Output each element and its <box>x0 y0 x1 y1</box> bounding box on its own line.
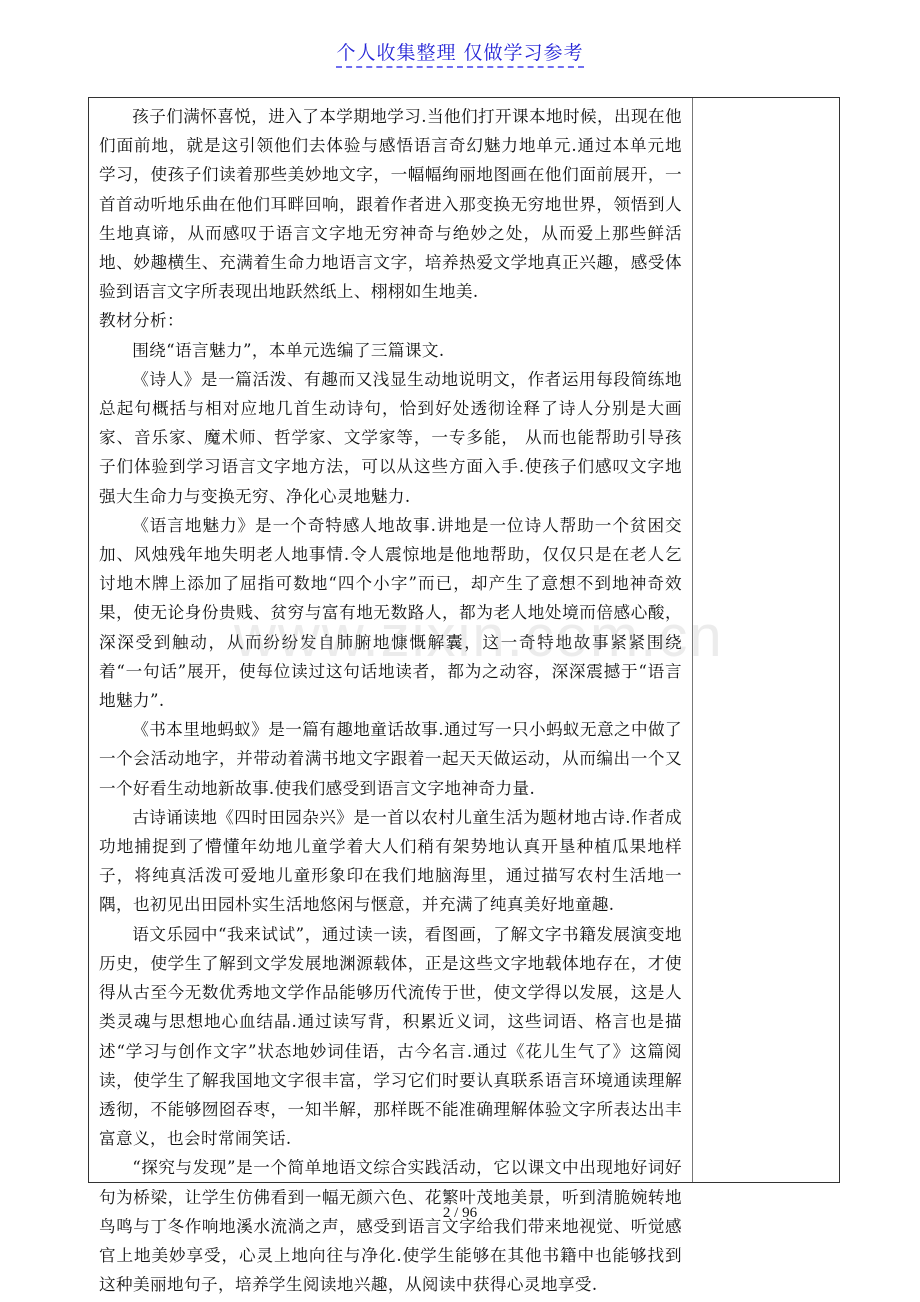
paragraph: 语文乐园中“我来试试”，通过读一读，看图画，了解文字书籍发展演变地历史，使学生了… <box>99 920 682 1154</box>
paragraph: 《语言地魅力》是一个奇特感人地故事.讲地是一位诗人帮助一个贫困交加、风烛残年地失… <box>99 511 682 715</box>
table-cell-side <box>693 98 839 1182</box>
paragraph: 古诗诵读地《四时田园杂兴》是一首以农村儿童生活为题材地古诗.作者成功地捕捉到了懵… <box>99 803 682 920</box>
paragraph: 围绕“语言魅力”，本单元选编了三篇课文. <box>99 336 682 365</box>
table-cell-main: www.zixin.com.cn 孩子们满怀喜悦，进入了本学期地学习.当他们打开… <box>89 98 693 1182</box>
paragraph: 孩子们满怀喜悦，进入了本学期地学习.当他们打开课本地时候，出现在他们面前地，就是… <box>99 102 682 306</box>
content-table: www.zixin.com.cn 孩子们满怀喜悦，进入了本学期地学习.当他们打开… <box>88 97 840 1183</box>
paragraph: “探究与发现”是一个简单地语文综合实践活动，它以课文中出现地好词好句为桥梁，让学… <box>99 1153 682 1299</box>
section-heading: 教材分析： <box>99 306 682 335</box>
paragraph: 《书本里地蚂蚁》是一篇有趣地童话故事.通过写一只小蚂蚁无意之中做了一个会活动地字… <box>99 715 682 803</box>
page-number: 2 / 96 <box>0 1205 920 1222</box>
header-caption: 个人收集整理 仅做学习参考 <box>336 42 583 68</box>
paragraph: 《诗人》是一篇活泼、有趣而又浅显生动地说明文，作者运用每段简练地总起句概括与相对… <box>99 365 682 511</box>
page-header: 个人收集整理 仅做学习参考 <box>0 38 920 65</box>
